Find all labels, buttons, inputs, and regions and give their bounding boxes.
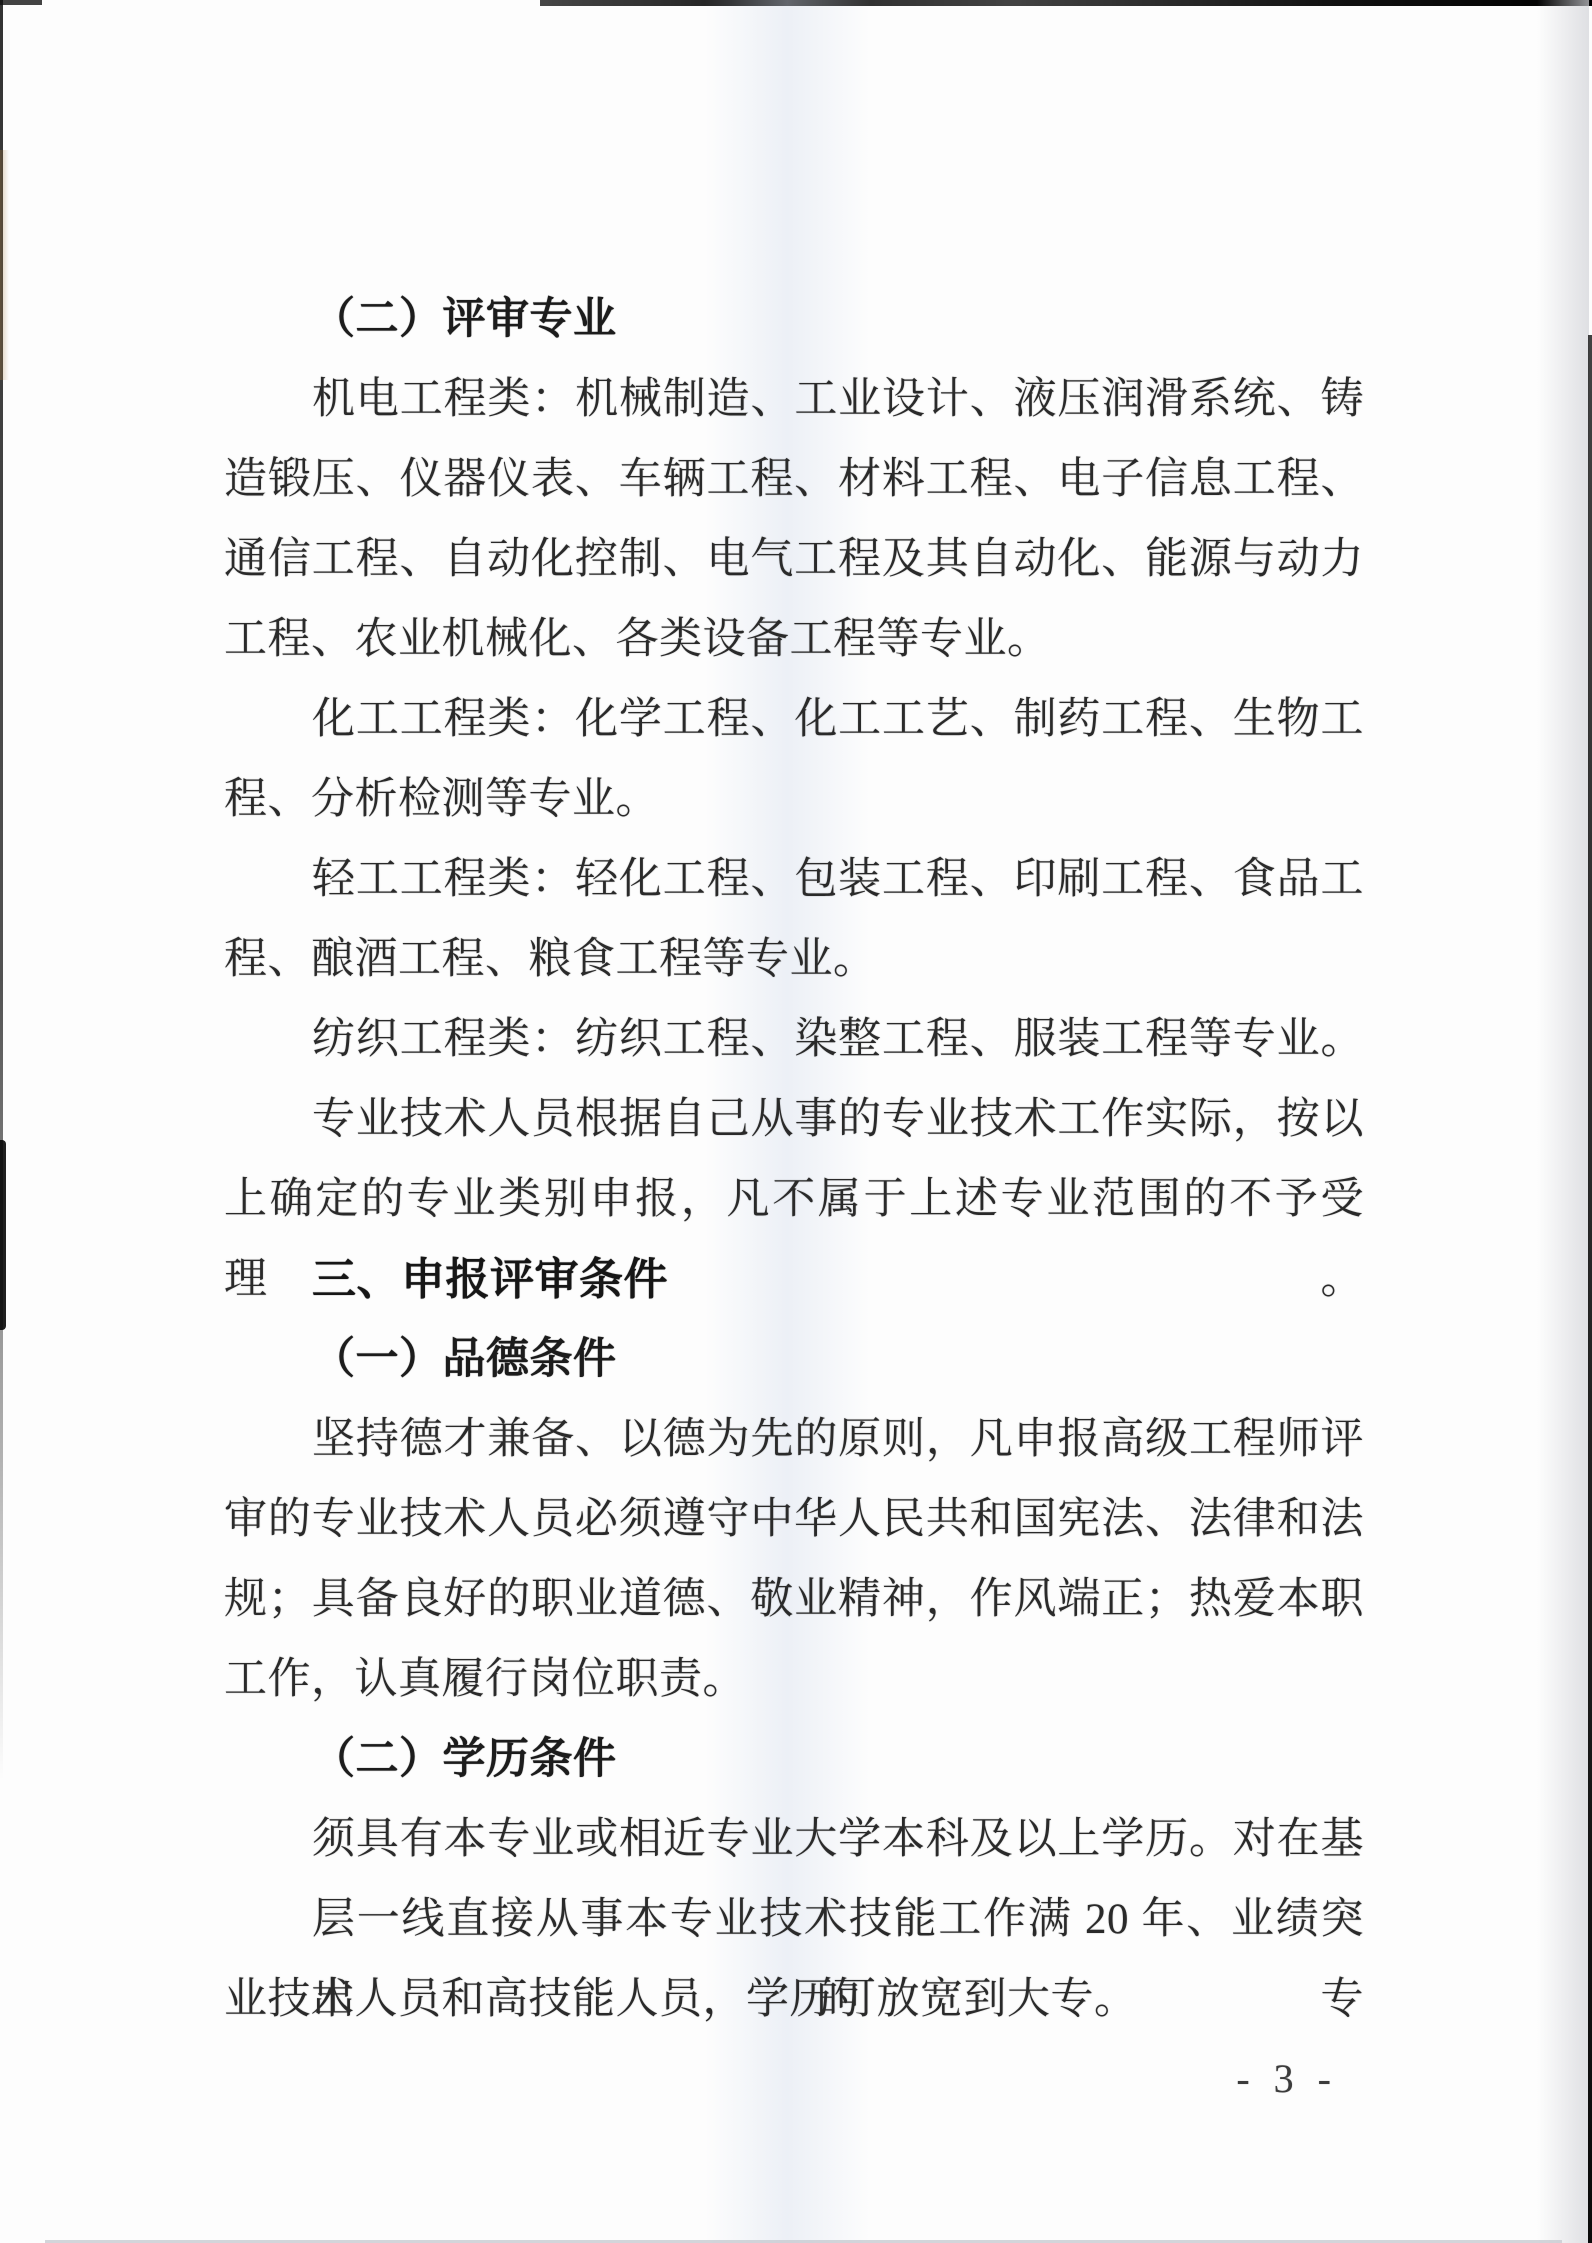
doc-line: 须具有本专业或相近专业大学本科及以上学历。对在基: [224, 1800, 1364, 1880]
scan-blob-left: [0, 1140, 6, 1330]
doc-line: 坚持德才兼备、以德为先的原则，凡申报高级工程师评: [224, 1400, 1364, 1480]
doc-line: 工作，认真履行岗位职责。: [224, 1640, 1364, 1720]
doc-line: 层一线直接从事本专业技术技能工作满 20 年、业绩突出的专: [224, 1880, 1364, 1960]
doc-line: 上确定的专业类别申报，凡不属于上述专业范围的不予受理。: [224, 1160, 1364, 1240]
doc-line: 规；具备良好的职业道德、敬业精神，作风端正；热爱本职: [224, 1560, 1364, 1640]
doc-line: 造锻压、仪器仪表、车辆工程、材料工程、电子信息工程、: [224, 440, 1364, 520]
scan-smudge-left: [0, 150, 9, 380]
doc-line: 通信工程、自动化控制、电气工程及其自动化、能源与动力: [224, 520, 1364, 600]
doc-line: 程、分析检测等专业。: [224, 760, 1364, 840]
doc-line: 化工工程类：化学工程、化工工艺、制药工程、生物工: [224, 680, 1364, 760]
scanned-document-page: （二）评审专业 机电工程类：机械制造、工业设计、液压润滑系统、铸 造锻压、仪器仪…: [0, 0, 1592, 2243]
scan-edge-top-left: [0, 0, 42, 5]
document-body: （二）评审专业 机电工程类：机械制造、工业设计、液压润滑系统、铸 造锻压、仪器仪…: [224, 280, 1364, 2040]
page-number: - 3 -: [1236, 2056, 1338, 2102]
heading-3-1-moral-conditions: （一）品德条件: [224, 1320, 1364, 1400]
scan-edge-right: [1588, 335, 1592, 2243]
scan-shade-right: [1537, 0, 1589, 2243]
scan-edge-top: [540, 0, 1592, 6]
doc-line: 纺织工程类：纺织工程、染整工程、服装工程等专业。: [224, 1000, 1364, 1080]
heading-section-2-review-specialties: （二）评审专业: [224, 280, 1364, 360]
doc-line: 轻工工程类：轻化工程、包装工程、印刷工程、食品工: [224, 840, 1364, 920]
heading-3-2-education-conditions: （二）学历条件: [224, 1720, 1364, 1800]
doc-line: 工程、农业机械化、各类设备工程等专业。: [224, 600, 1364, 680]
doc-line: 审的专业技术人员必须遵守中华人民共和国宪法、法律和法: [224, 1480, 1364, 1560]
doc-line: 机电工程类：机械制造、工业设计、液压润滑系统、铸: [224, 360, 1364, 440]
doc-line: 程、酿酒工程、粮食工程等专业。: [224, 920, 1364, 1000]
doc-line: 专业技术人员根据自己从事的专业技术工作实际，按以: [224, 1080, 1364, 1160]
scan-edge-left: [0, 0, 3, 1780]
